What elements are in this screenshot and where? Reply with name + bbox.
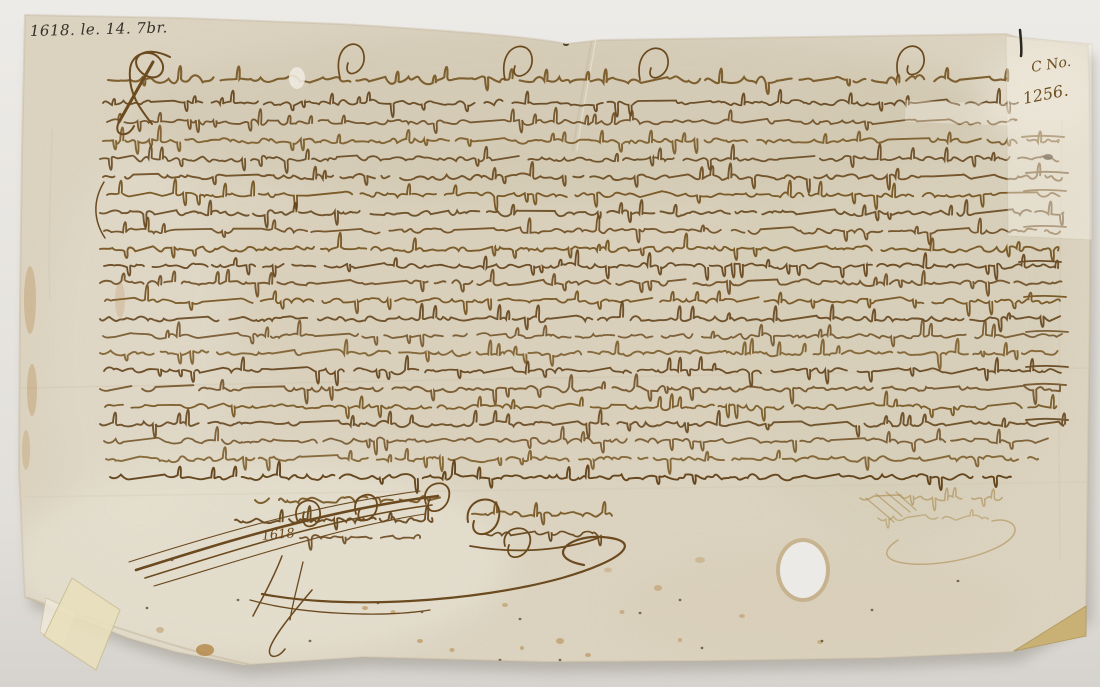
foxing-stain: [695, 557, 705, 563]
manuscript-photo-canvas: 1618. le. 14. 7br. C No. 1256. 1618: [0, 0, 1100, 687]
foxing-stain: [620, 610, 625, 614]
foxing-stain: [156, 627, 164, 633]
foxing-stain: [362, 606, 368, 610]
foxing-stain: [604, 568, 612, 573]
foxing-stain: [24, 266, 36, 334]
foxing-stain: [196, 644, 214, 656]
speck: [559, 659, 562, 661]
speck: [821, 640, 824, 642]
foxing-stain: [417, 639, 423, 643]
archival-date-annotation: 1618. le. 14. 7br.: [30, 18, 168, 40]
speck: [639, 612, 642, 614]
foxing-stain: [678, 638, 682, 642]
speck: [237, 599, 240, 601]
speck: [701, 647, 704, 649]
speck: [519, 618, 522, 620]
abrasion-spot: [289, 67, 305, 89]
speck: [679, 599, 682, 601]
signature-year-1618: 1618: [261, 526, 295, 544]
foxing-stain: [654, 585, 662, 591]
foxing-stain: [22, 430, 30, 470]
foxing-stain: [27, 364, 37, 416]
foxing-stain: [450, 648, 455, 652]
foxing-stain: [585, 653, 591, 657]
worm-hole: [776, 538, 830, 602]
corner-pen-mark: [1020, 30, 1021, 56]
foxing-stain: [739, 614, 745, 618]
tape-band-top-right: [905, 100, 1010, 126]
foxing-stain: [520, 646, 524, 650]
manuscript-photograph: 1618. le. 14. 7br. C No. 1256. 1618: [0, 0, 1100, 687]
foxing-stain: [115, 282, 125, 318]
speck: [146, 607, 149, 609]
speck: [309, 640, 312, 642]
foxing-stain: [502, 603, 508, 607]
speck: [871, 609, 874, 611]
foxing-stain: [556, 638, 564, 644]
speck: [957, 580, 960, 582]
